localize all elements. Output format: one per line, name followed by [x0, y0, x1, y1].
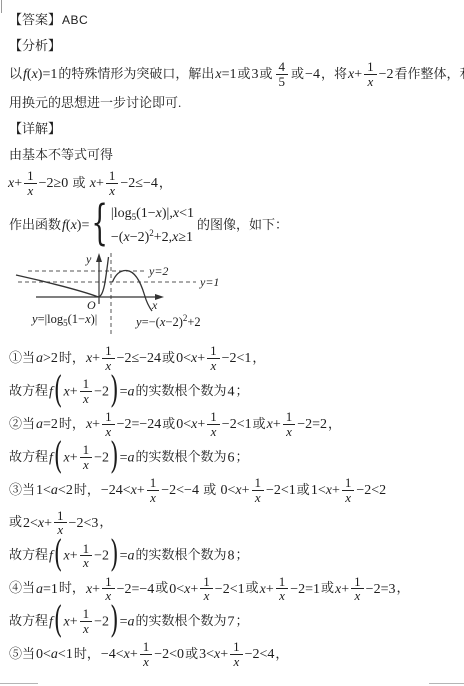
fraction-denominator: x	[24, 184, 36, 198]
math-run: x+	[8, 176, 22, 191]
math-run: 2<x+	[23, 515, 52, 530]
fraction-numerator: 1	[364, 60, 377, 75]
math-run: f	[49, 384, 53, 399]
big-close-paren: )	[110, 597, 119, 646]
latin-text-run: ABC	[62, 13, 88, 27]
math-run: 7	[228, 614, 235, 629]
math-run: =a	[120, 614, 135, 629]
math-run: f	[49, 450, 53, 465]
math-run: f	[49, 548, 53, 563]
fraction-denominator: x	[352, 589, 364, 603]
fraction: 45	[276, 60, 289, 88]
math-run: −2	[94, 614, 109, 629]
text-run: 故方程	[9, 383, 48, 398]
math-run: −2=−24	[117, 417, 162, 432]
math-run: −(x−2)	[111, 230, 149, 245]
math-run: =a	[120, 384, 135, 399]
math-run: +2,x≥1	[154, 230, 193, 245]
document-bottom-lines: ①当a>2时，x+1x−2≤−24或0<x+1x−2<1，故方程f(x+1x−2…	[8, 344, 456, 668]
right-curve-equation: y=−(x−2)2+2	[136, 313, 201, 330]
math-run: 4	[228, 384, 235, 399]
text-run: ，	[275, 646, 288, 661]
math-run: x+	[64, 548, 78, 563]
math-run: x+	[64, 450, 78, 465]
text-run: 或	[69, 175, 89, 190]
y1-line-label: y=1	[199, 275, 219, 289]
fraction: 1x	[80, 542, 93, 570]
math-run: −24<x+	[101, 483, 145, 498]
answer-line: 【答案】ABC	[8, 9, 456, 31]
text-run: ；	[236, 383, 249, 398]
math-run: (1−x)|	[68, 312, 98, 326]
fraction-numerator: 4	[276, 60, 289, 75]
text-run: 的实数根个数为	[136, 547, 227, 562]
piecewise-cases: {|log5(1−x)|,x<1−(x−2)2+2,x≥1	[91, 202, 194, 249]
text-run: 或	[9, 514, 22, 529]
text-run: ；	[236, 449, 249, 464]
fraction: 1x	[200, 575, 213, 603]
fraction: 1x	[24, 169, 37, 197]
table-border-fragment-bottom-right	[429, 683, 464, 684]
math-run: −2=2	[297, 417, 327, 432]
math-run: −2<1	[222, 351, 252, 366]
math-run: y=−(x−2)	[136, 315, 183, 329]
big-close-paren: )	[110, 433, 119, 482]
origin-label: O	[87, 298, 96, 312]
fraction-denominator: x	[106, 184, 118, 198]
text-run: 【答案】	[9, 12, 61, 27]
cases-brace: {	[91, 192, 108, 257]
math-run: x+	[64, 384, 78, 399]
section-analysis: 【分析】	[8, 35, 456, 57]
text-run: ③当	[9, 482, 35, 497]
fraction-numerator: 1	[106, 169, 119, 184]
math-run: −2=1	[290, 581, 320, 596]
fraction: 1x	[364, 60, 377, 88]
section-solution: 【详解】	[8, 118, 456, 140]
case-3-condition-cont: 或2<x+1x−2<3，	[8, 509, 456, 537]
parabola-curve	[113, 271, 153, 312]
math-run: x+	[86, 581, 100, 596]
math-run: 0<x+	[176, 417, 205, 432]
fraction-denominator: x	[208, 425, 220, 439]
fraction-denominator: x	[80, 622, 92, 636]
x-axis-label: x	[151, 298, 158, 312]
math-run: =a	[120, 548, 135, 563]
text-run: ②当	[9, 416, 35, 431]
math-run: −4<x+	[101, 647, 138, 662]
fraction-denominator: x	[80, 458, 92, 472]
case-3-condition: ③当1<a<2时，−24<x+1x−2<−4 或 0<x+1x−2<1或1<x+…	[8, 476, 456, 504]
big-close-paren: )	[110, 531, 119, 580]
text-run: ，	[396, 580, 409, 595]
text-run: 作出函数	[9, 217, 61, 232]
fraction-numerator: 1	[351, 575, 364, 590]
text-run: 或	[260, 66, 273, 81]
case-2-conclusion: 故方程f(x+1x−2)=a的实数根个数为6；	[8, 443, 456, 473]
text-run: 故方程	[9, 613, 48, 628]
math-run: =a	[120, 450, 135, 465]
text-run: 以	[9, 66, 22, 81]
fraction-denominator: x	[80, 556, 92, 570]
text-run: 或	[238, 66, 251, 81]
fraction-denominator: x	[80, 392, 92, 406]
math-run: 0<a<1	[36, 647, 73, 662]
math-run: 0<x+	[169, 581, 198, 596]
math-run: f(x)=	[62, 218, 89, 233]
math-run: −2≥0	[39, 176, 69, 191]
text-run: 时，	[74, 646, 100, 661]
fraction: 1x	[140, 640, 153, 668]
fraction-numerator: 1	[276, 575, 289, 590]
fraction-numerator: 1	[102, 344, 115, 359]
y2-line-label: y=2	[148, 264, 168, 278]
fraction-denominator: x	[276, 589, 288, 603]
fraction-denominator: x	[201, 589, 213, 603]
math-run: x+	[267, 417, 281, 432]
text-run: 或	[155, 580, 168, 595]
math-run: −2<0	[154, 647, 184, 662]
piecewise-definition: 作出函数f(x)={|log5(1−x)|,x<1−(x−2)2+2,x≥1的图…	[8, 202, 456, 249]
math-run: a>2	[36, 351, 58, 366]
fraction: 1x	[80, 607, 93, 635]
math-run: a=1	[36, 581, 58, 596]
case-2-condition: ②当a=2时，x+1x−2=−24或0<x+1x−2<1或x+1x−2=2，	[8, 410, 456, 438]
document: { "graph": { "labels": { "y_axis": "y", …	[0, 0, 464, 686]
fraction-denominator: x	[230, 655, 242, 669]
text-run: 或	[246, 580, 259, 595]
text-run: 的实数根个数为	[136, 613, 227, 628]
math-run: −2	[94, 384, 109, 399]
fraction: 1x	[207, 344, 220, 372]
text-run: ，	[159, 175, 172, 190]
text-run: 或	[200, 482, 220, 497]
cases-row: |log5(1−x)|,x<1	[111, 202, 194, 224]
math-run: −2<1	[222, 417, 252, 432]
text-run: 的实数根个数为	[136, 383, 227, 398]
text-run: 的图像，如下：	[197, 217, 288, 232]
fraction-numerator: 1	[80, 542, 93, 557]
math-run: x+	[260, 581, 274, 596]
fraction-numerator: 1	[140, 640, 153, 655]
math-run: x=1	[215, 67, 236, 82]
fraction-numerator: 1	[207, 410, 220, 425]
math-run: x+	[348, 67, 362, 82]
function-graph: y x O y=2 y=1 y=|log5(1−x)| y=−(x−2)2+2	[12, 252, 252, 340]
document-top-lines: 【答案】ABC【分析】以f(x)=1的特殊情形为突破口，解出x=1或3或45或−…	[8, 9, 456, 248]
text-run: 【分析】	[9, 38, 61, 53]
fraction-numerator: 1	[54, 509, 67, 524]
left-curve-equation: y=|log5(1−x)|	[32, 312, 97, 328]
fraction: 1x	[147, 476, 160, 504]
math-run: −2≤−24	[117, 351, 161, 366]
y-axis-arrow-icon	[96, 253, 102, 262]
math-run: −2=−4	[117, 581, 155, 596]
case-4-condition: ④当a=1时，x+1x−2=−4或0<x+1x−2<1或x+1x−2=1或x+1…	[8, 575, 456, 603]
fraction: 1x	[207, 410, 220, 438]
text-run: 时，	[74, 482, 100, 497]
case-5-condition: ⑤当0<a<1时，−4<x+1x−2<0或3<x+1x−2<4，	[8, 640, 456, 668]
math-run: (1−x)|,x<1	[136, 206, 194, 221]
text-run: 或	[297, 482, 310, 497]
fraction-numerator: 1	[342, 476, 355, 491]
math-run: +2	[187, 315, 200, 329]
analysis-line-1: 以f(x)=1的特殊情形为突破口，解出x=1或3或45或−4，将x+1x−2看作…	[8, 60, 456, 88]
text-run: 或	[253, 416, 266, 431]
fraction-numerator: 1	[283, 410, 296, 425]
fraction-denominator: x	[252, 491, 264, 505]
math-run: f(x)=1	[23, 67, 57, 82]
cases-rows: |log5(1−x)|,x<1−(x−2)2+2,x≥1	[111, 202, 194, 249]
text-run: 看作整体，利	[395, 66, 464, 81]
big-open-paren: (	[54, 367, 63, 416]
text-run: 故方程	[9, 449, 48, 464]
text-run: 时，	[59, 416, 85, 431]
math-run: 3	[252, 67, 259, 82]
math-run: x+	[90, 176, 104, 191]
math-run: 0<x+	[220, 483, 249, 498]
case-3-conclusion: 故方程f(x+1x−2)=a的实数根个数为8；	[8, 541, 456, 571]
fraction-denominator: x	[140, 655, 152, 669]
fraction: 1x	[80, 443, 93, 471]
fraction-numerator: 1	[207, 344, 220, 359]
fraction-numerator: 1	[80, 443, 93, 458]
table-border-fragment-top-left	[1, 0, 2, 13]
fraction-denominator: x	[207, 359, 219, 373]
big-open-paren: (	[54, 531, 63, 580]
text-run: ，	[328, 416, 341, 431]
fraction-numerator: 1	[80, 607, 93, 622]
fraction-numerator: 1	[230, 640, 243, 655]
fraction-denominator: x	[283, 425, 295, 439]
math-run: y=|log	[32, 312, 63, 326]
math-run: −2<1	[215, 581, 245, 596]
big-close-paren: )	[110, 367, 119, 416]
solution-document: 【答案】ABC【分析】以f(x)=1的特殊情形为突破口，解出x=1或3或45或−…	[0, 0, 464, 669]
text-run: 时，	[59, 580, 85, 595]
text-run: 的实数根个数为	[136, 449, 227, 464]
math-run: −2	[379, 67, 394, 82]
math-run: 1<a<2	[36, 483, 73, 498]
math-run: −2<2	[356, 483, 386, 498]
case-1-conclusion: 故方程f(x+1x−2)=a的实数根个数为4；	[8, 377, 456, 407]
math-run: −2=3	[366, 581, 396, 596]
text-run: 时，	[59, 350, 85, 365]
text-run: ⑤当	[9, 646, 35, 661]
analysis-line-2: 用换元的思想进一步讨论即可.	[8, 92, 456, 114]
text-run: 或	[162, 416, 175, 431]
cases-row: −(x−2)2+2,x≥1	[111, 226, 194, 248]
text-run: 或	[162, 350, 175, 365]
math-run: −2	[94, 548, 109, 563]
text-run: ，	[252, 350, 265, 365]
text-run: ④当	[9, 580, 35, 595]
fraction: 1x	[276, 575, 289, 603]
table-border-fragment-bottom-left	[0, 683, 38, 684]
solution-intro: 由基本不等式可得	[8, 144, 456, 166]
math-run: −2	[94, 450, 109, 465]
math-run: x+	[64, 614, 78, 629]
fraction-denominator: x	[342, 491, 354, 505]
fraction: 1x	[351, 575, 364, 603]
math-run: −2<1	[266, 483, 296, 498]
text-run: ①当	[9, 350, 35, 365]
math-run: x+	[335, 581, 349, 596]
fraction: 1x	[80, 377, 93, 405]
case-1-condition: ①当a>2时，x+1x−2≤−24或0<x+1x−2<1，	[8, 344, 456, 372]
math-run: −2<−4	[161, 483, 199, 498]
fraction-numerator: 1	[147, 476, 160, 491]
math-run: 1<x+	[311, 483, 340, 498]
text-run: 由基本不等式可得	[9, 147, 113, 162]
inequality-line: x+1x−2≥0 或 x+1x−2≤−4，	[8, 169, 456, 197]
math-run: x+	[86, 351, 100, 366]
math-run: |log	[111, 206, 132, 221]
fraction-numerator: 1	[24, 169, 37, 184]
math-run: −4	[305, 67, 320, 82]
text-run: 或	[185, 646, 198, 661]
text-run: 故方程	[9, 547, 48, 562]
text-run: ；	[236, 613, 249, 628]
math-run: f	[49, 614, 53, 629]
math-run: −2<3	[69, 515, 99, 530]
fraction-denominator: x	[147, 491, 159, 505]
case-4-conclusion: 故方程f(x+1x−2)=a的实数根个数为7；	[8, 607, 456, 637]
math-run: 8	[228, 548, 235, 563]
math-run: −2≤−4	[120, 176, 157, 191]
fraction-denominator: x	[364, 75, 376, 89]
math-run: −2<4	[245, 647, 275, 662]
text-run: ，	[99, 514, 112, 529]
fraction: 1x	[230, 640, 243, 668]
big-open-paren: (	[54, 433, 63, 482]
y-axis-label: y	[85, 252, 92, 266]
fraction-denominator: 5	[276, 75, 289, 89]
math-run: 3<x+	[199, 647, 228, 662]
fraction: 1x	[252, 476, 265, 504]
fraction-numerator: 1	[252, 476, 265, 491]
big-open-paren: (	[54, 597, 63, 646]
text-run: 或	[291, 66, 304, 81]
math-run: a=2	[36, 417, 58, 432]
log-curve	[16, 257, 109, 297]
text-run: 或	[321, 580, 334, 595]
fraction: 1x	[342, 476, 355, 504]
text-run: 【详解】	[9, 121, 61, 136]
math-run: 6	[228, 450, 235, 465]
fraction-numerator: 1	[80, 377, 93, 392]
math-run: x+	[86, 417, 100, 432]
text-run: 的特殊情形为突破口，解出	[58, 66, 214, 81]
fraction: 1x	[283, 410, 296, 438]
text-run: ；	[236, 547, 249, 562]
text-run: 用换元的思想进一步讨论即可.	[9, 95, 181, 110]
fraction-numerator: 1	[200, 575, 213, 590]
math-run: 0<x+	[176, 351, 205, 366]
text-run: ，将	[321, 66, 347, 81]
